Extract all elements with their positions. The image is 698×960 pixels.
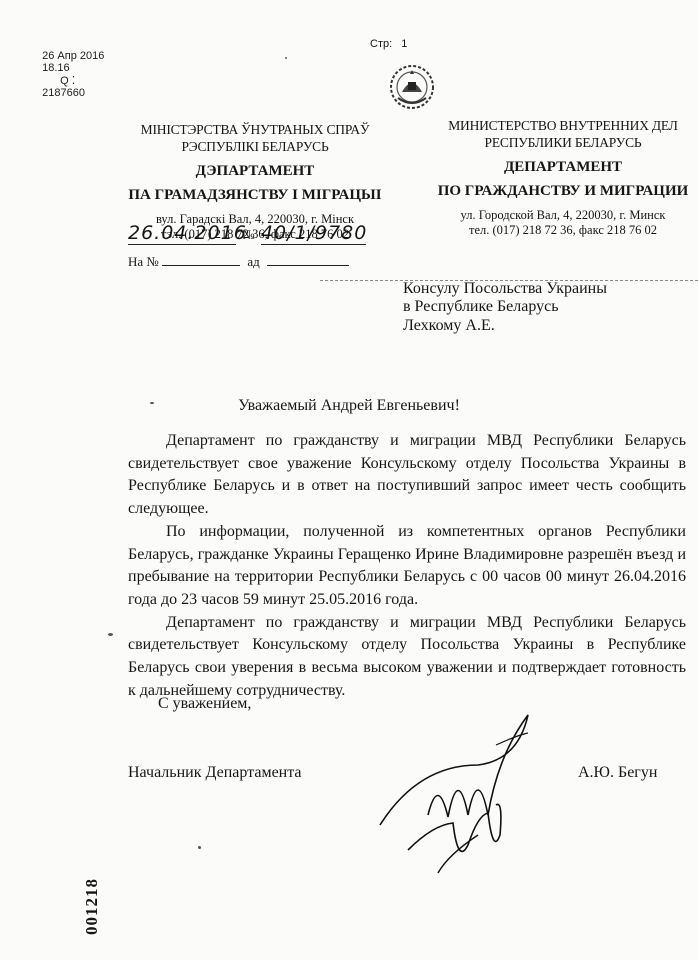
registration-line: 26.04.2016 № 40/1/9780 bbox=[128, 222, 373, 245]
signature-icon bbox=[378, 705, 548, 875]
number-label: № bbox=[242, 227, 254, 242]
reference-date bbox=[267, 265, 349, 266]
fax-id-label: Q ⁚ bbox=[60, 75, 75, 87]
scan-artifact bbox=[108, 633, 113, 636]
fax-date: 26 Апр 2016 bbox=[42, 50, 104, 62]
addressee-line1: Консулу Посольства Украины bbox=[403, 280, 607, 298]
closing: С уважением, bbox=[158, 695, 251, 713]
ministry-name-line2: РЕСПУБЛИКИ БЕЛАРУСЬ bbox=[428, 135, 698, 152]
addressee-line3: Лехкому А.Е. bbox=[403, 317, 607, 335]
body-paragraph: Департамент по гражданству и миграции МВ… bbox=[128, 430, 686, 521]
reference-line: На № ад bbox=[128, 254, 349, 270]
body-paragraph: Департамент по гражданству и миграции МВ… bbox=[128, 612, 686, 703]
fax-id: 2187660 bbox=[42, 87, 85, 99]
signer-name: А.Ю. Бегун bbox=[578, 764, 657, 782]
registration-number: 40/1/9780 bbox=[261, 222, 366, 245]
department-name-line2: ПО ГРАЖДАНСТВУ И МИГРАЦИИ bbox=[428, 182, 698, 200]
document-serial-number: 001218 bbox=[82, 878, 102, 935]
department-name-line1: ДЕПАРТАМЕНТ bbox=[428, 158, 698, 176]
scan-artifact bbox=[150, 402, 154, 404]
salutation: Уважаемый Андрей Евгеньевич! bbox=[0, 397, 698, 415]
ministry-name-line2: РЭСПУБЛІКІ БЕЛАРУСЬ bbox=[110, 139, 400, 156]
reference-number bbox=[162, 265, 240, 266]
addressee-block: Консулу Посольства Украины в Республике … bbox=[403, 280, 607, 335]
registration-date: 26.04.2016 bbox=[128, 222, 236, 245]
department-name-line1: ДЭПАРТАМЕНТ bbox=[110, 162, 400, 180]
department-address: ул. Городской Вал, 4, 220030, г. Минск bbox=[428, 208, 698, 224]
reference-label: На № bbox=[128, 254, 159, 269]
letter-body: Департамент по гражданству и миграции МВ… bbox=[128, 430, 686, 703]
scan-artifact bbox=[198, 846, 201, 849]
scan-artifact bbox=[285, 57, 287, 59]
page-label: Стр: bbox=[370, 38, 392, 50]
body-paragraph: По информации, полученной из компетентны… bbox=[128, 521, 686, 612]
ministry-name-line1: МІНІСТЭРСТВА ЎНУТРАНЫХ СПРАЎ bbox=[110, 122, 400, 139]
fax-time: 18.16 bbox=[42, 62, 70, 74]
department-name-line2: ПА ГРАМАДЗЯНСТВУ І МІГРАЦЫІ bbox=[110, 186, 400, 204]
reference-from-label: ад bbox=[247, 254, 259, 269]
signer-title: Начальник Департамента bbox=[128, 764, 302, 782]
fax-header: 26 Апр 2016 18.16 Q ⁚ 2187660 bbox=[36, 38, 116, 99]
fax-page-indicator: Стр: 1 bbox=[370, 38, 407, 50]
ministry-name-line1: МИНИСТЕРСТВО ВНУТРЕННИХ ДЕЛ bbox=[428, 118, 698, 135]
department-phones: тел. (017) 218 72 36, факс 218 76 02 bbox=[428, 223, 698, 239]
addressee-line2: в Республике Беларусь bbox=[403, 298, 607, 316]
page-number: 1 bbox=[401, 38, 407, 50]
letterhead-russian: МИНИСТЕРСТВО ВНУТРЕННИХ ДЕЛ РЕСПУБЛИКИ Б… bbox=[428, 118, 698, 239]
belarus-state-emblem-icon bbox=[388, 62, 436, 110]
